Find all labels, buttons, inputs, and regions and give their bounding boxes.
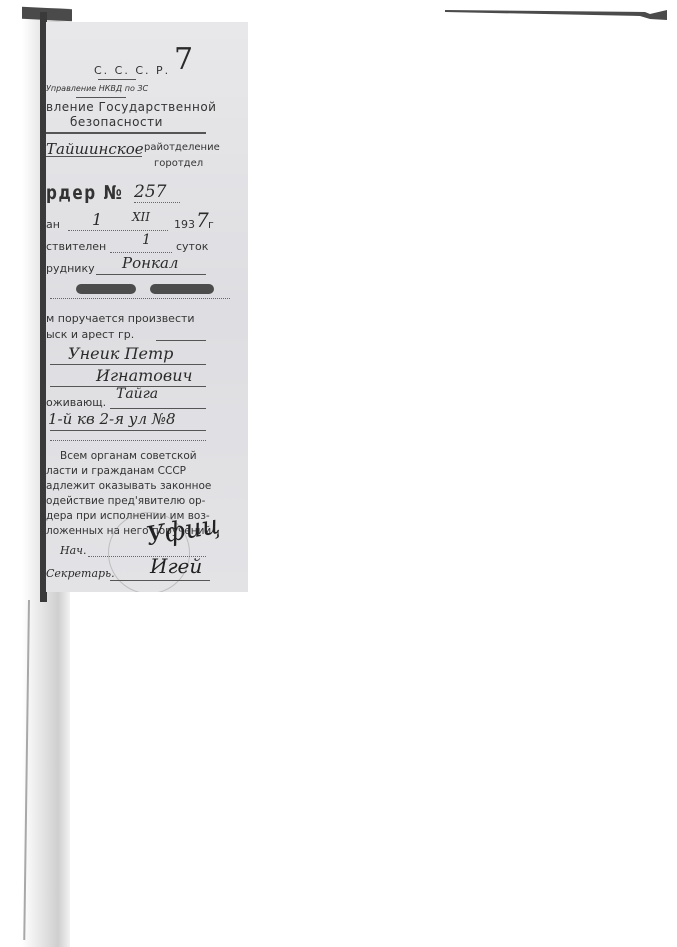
notice-line-4: одействие пред'явителю ор- <box>46 495 205 507</box>
valid-days: 1 <box>142 232 151 248</box>
secretary-label: Секретарь. <box>46 567 115 580</box>
year-suffix: г <box>208 218 214 231</box>
valid-label: ствителен <box>46 240 106 253</box>
year-handwritten: 7 <box>196 208 209 232</box>
divider <box>76 97 126 98</box>
fill-line <box>46 156 142 157</box>
country-label: С. С. С. Р. <box>94 64 170 77</box>
notice-line-1: Всем органам советской <box>60 450 197 462</box>
issue-month: XII <box>132 210 150 224</box>
order-title: рдер № <box>46 182 124 204</box>
divider <box>98 79 136 80</box>
secretary-signature: Игей <box>150 554 202 578</box>
directorate-label: Управление НКВД по ЗС <box>46 84 148 93</box>
notice-line-3: адлежит оказывать законное <box>46 480 211 492</box>
department-line-1: вление Государственной <box>46 100 216 114</box>
page-number: 7 <box>174 42 193 77</box>
issued-label: ан <box>46 218 60 231</box>
fill-line <box>50 364 206 365</box>
mandate-line-2: ыск и арест гр. <box>46 328 134 341</box>
valid-unit: суток <box>176 240 208 253</box>
arrest-warrant-card: С. С. С. Р. 7 Управление НКВД по ЗС влен… <box>46 22 248 592</box>
department-line-2: безопасности <box>70 115 163 129</box>
fill-line <box>110 408 206 409</box>
divider <box>46 132 206 134</box>
fill-line <box>96 274 206 275</box>
officer-label: руднику <box>46 262 95 275</box>
redacted-text <box>150 284 214 294</box>
issue-day: 1 <box>92 210 102 229</box>
arrestee-patronymic: Игнатович <box>96 366 193 385</box>
redacted-text <box>76 284 136 294</box>
residence-address: 1-й кв 2-я ул №8 <box>48 410 176 428</box>
office-type-1: райотделение <box>144 142 220 153</box>
office-type-2: горотдел <box>154 158 203 169</box>
chief-label: Нач. <box>60 544 87 557</box>
top-fold-shadow <box>22 7 72 22</box>
fill-line <box>110 252 172 253</box>
fill-line <box>50 440 206 441</box>
notice-line-2: ласти и гражданам СССР <box>46 465 186 477</box>
residence-label: оживающ. <box>46 396 106 409</box>
mandate-line-1: м поручается произвести <box>46 312 195 325</box>
fill-line <box>110 580 210 581</box>
arrestee-name: Унеик Петр <box>68 344 173 363</box>
year-printed: 193 <box>174 218 195 231</box>
officer-name: Ронкал <box>122 254 178 272</box>
fill-line <box>134 202 180 203</box>
fill-line <box>68 230 168 231</box>
scan-streak <box>445 9 670 21</box>
fill-line <box>156 340 206 341</box>
fill-line <box>50 298 230 299</box>
order-number: 257 <box>134 182 166 202</box>
residence-town: Тайга <box>116 386 158 402</box>
fill-line <box>50 430 206 431</box>
